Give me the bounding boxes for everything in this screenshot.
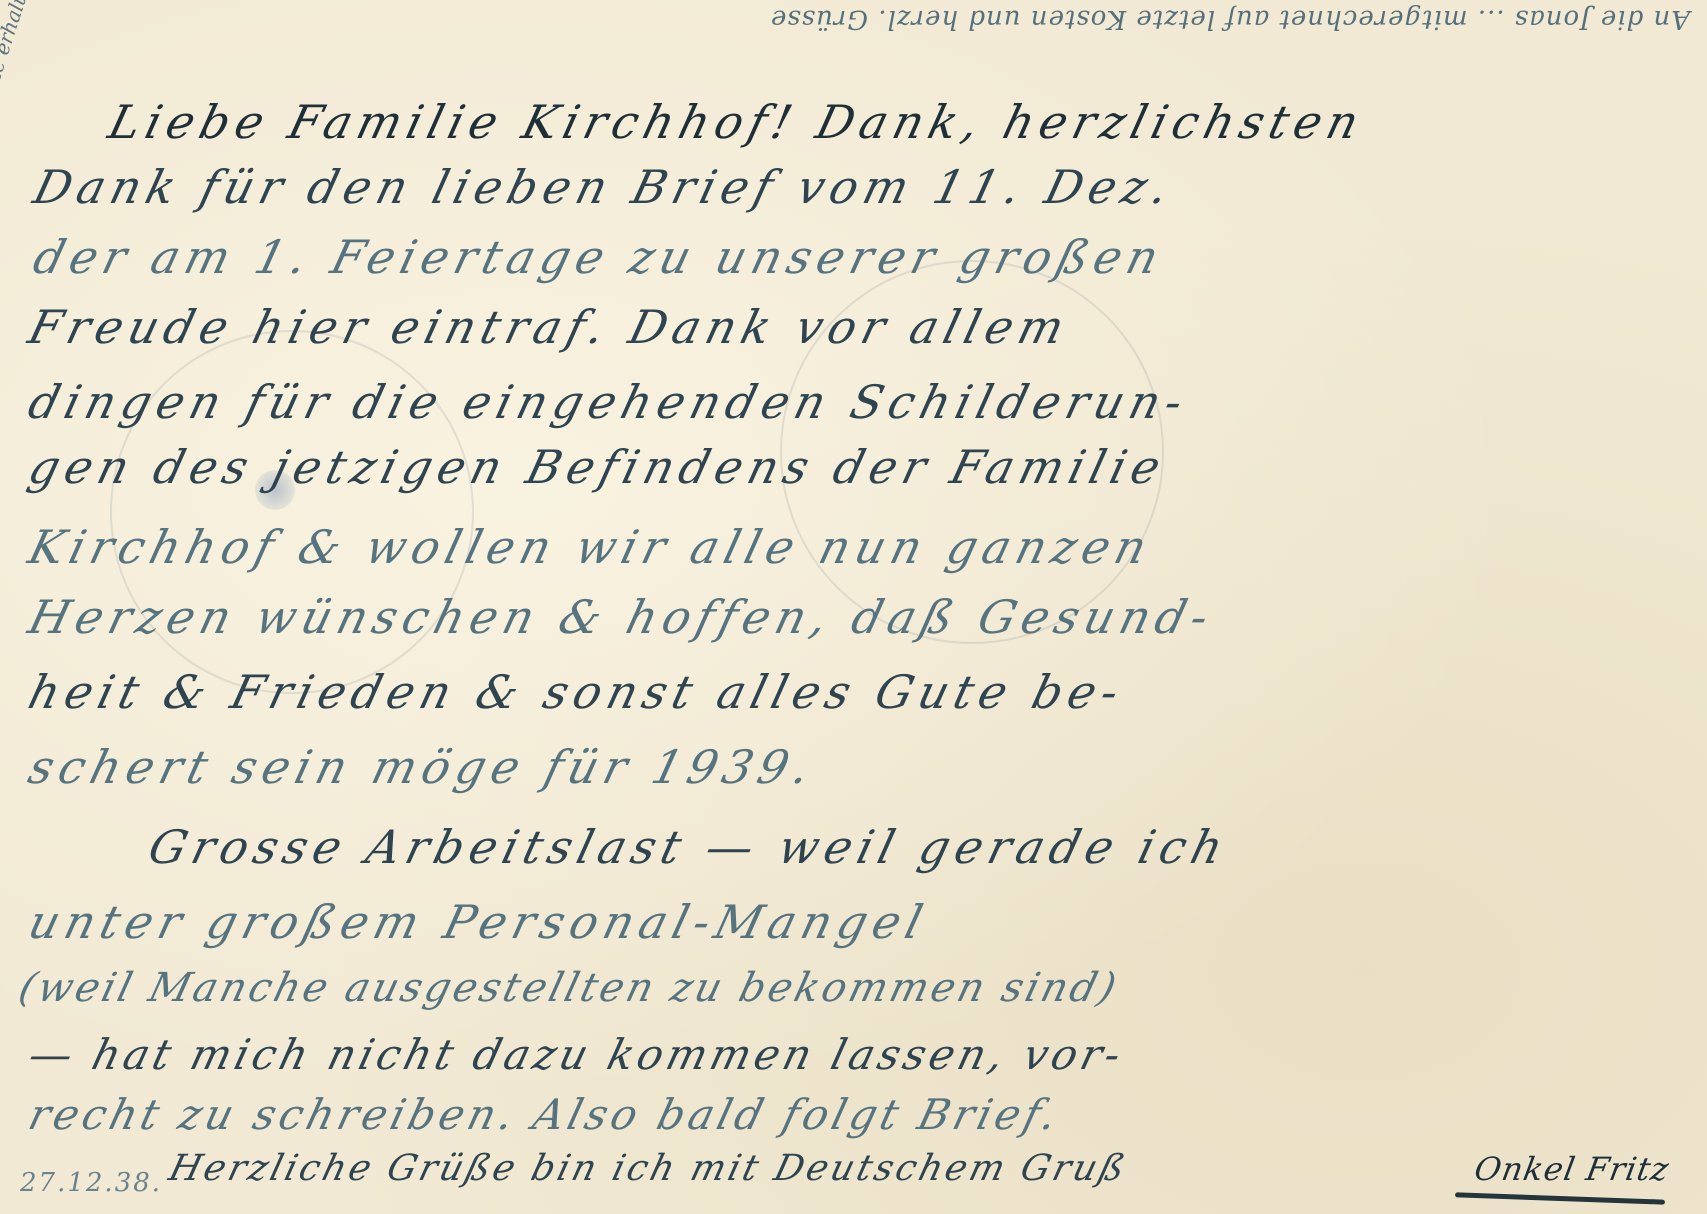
upside-down-header-text: An die Jonas ... mitgerechnet auf letzte… bbox=[90, 4, 1690, 34]
letter-line-6: gen des jetzigen Befindens der Familie bbox=[23, 440, 1172, 494]
letter-line-12: unter großem Personal-Mangel bbox=[23, 895, 934, 949]
letter-date: 27.12.38. bbox=[20, 1168, 162, 1198]
signature-underline bbox=[1455, 1192, 1665, 1204]
letter-line-8: Herzen wünschen & hoffen, daß Gesund- bbox=[23, 590, 1220, 644]
letter-line-1: Liebe Familie Kirchhof! Dank, herzlichst… bbox=[103, 95, 1370, 149]
letter-line-16: Herzliche Grüße bin ich mit Deutschem Gr… bbox=[165, 1148, 1132, 1189]
letter-line-11: Grosse Arbeitslast — weil gerade ich bbox=[143, 820, 1234, 874]
letter-line-4: Freude hier eintraf. Dank vor allem bbox=[23, 300, 1075, 354]
signature: Onkel Fritz bbox=[1472, 1150, 1673, 1188]
letter-line-7: Kirchhof & wollen wir alle nun ganzen bbox=[23, 520, 1158, 574]
letter-line-15: recht zu schreiben. Also bald folgt Brie… bbox=[24, 1090, 1066, 1139]
letter-paper: An die Jonas ... mitgerechnet auf letzte… bbox=[0, 0, 1707, 1214]
letter-line-3: der am 1. Feiertage zu unserer großen bbox=[28, 230, 1170, 284]
letter-line-13: (weil Manche ausgestellten zu bekommen s… bbox=[14, 965, 1123, 1011]
letter-line-14: — hat mich nicht dazu kommen lassen, vor… bbox=[24, 1030, 1130, 1079]
letter-line-2: Dank für den lieben Brief vom 11. Dez. bbox=[28, 160, 1180, 214]
letter-line-10: schert sein möge für 1939. bbox=[23, 740, 821, 794]
letter-line-9: heit & Frieden & sonst alles Gute be- bbox=[23, 665, 1130, 719]
letter-line-5: dingen für die eingehenden Schilderun- bbox=[23, 375, 1194, 429]
margin-note: Karte erhalten 4/1 1939 bbox=[0, 0, 68, 117]
